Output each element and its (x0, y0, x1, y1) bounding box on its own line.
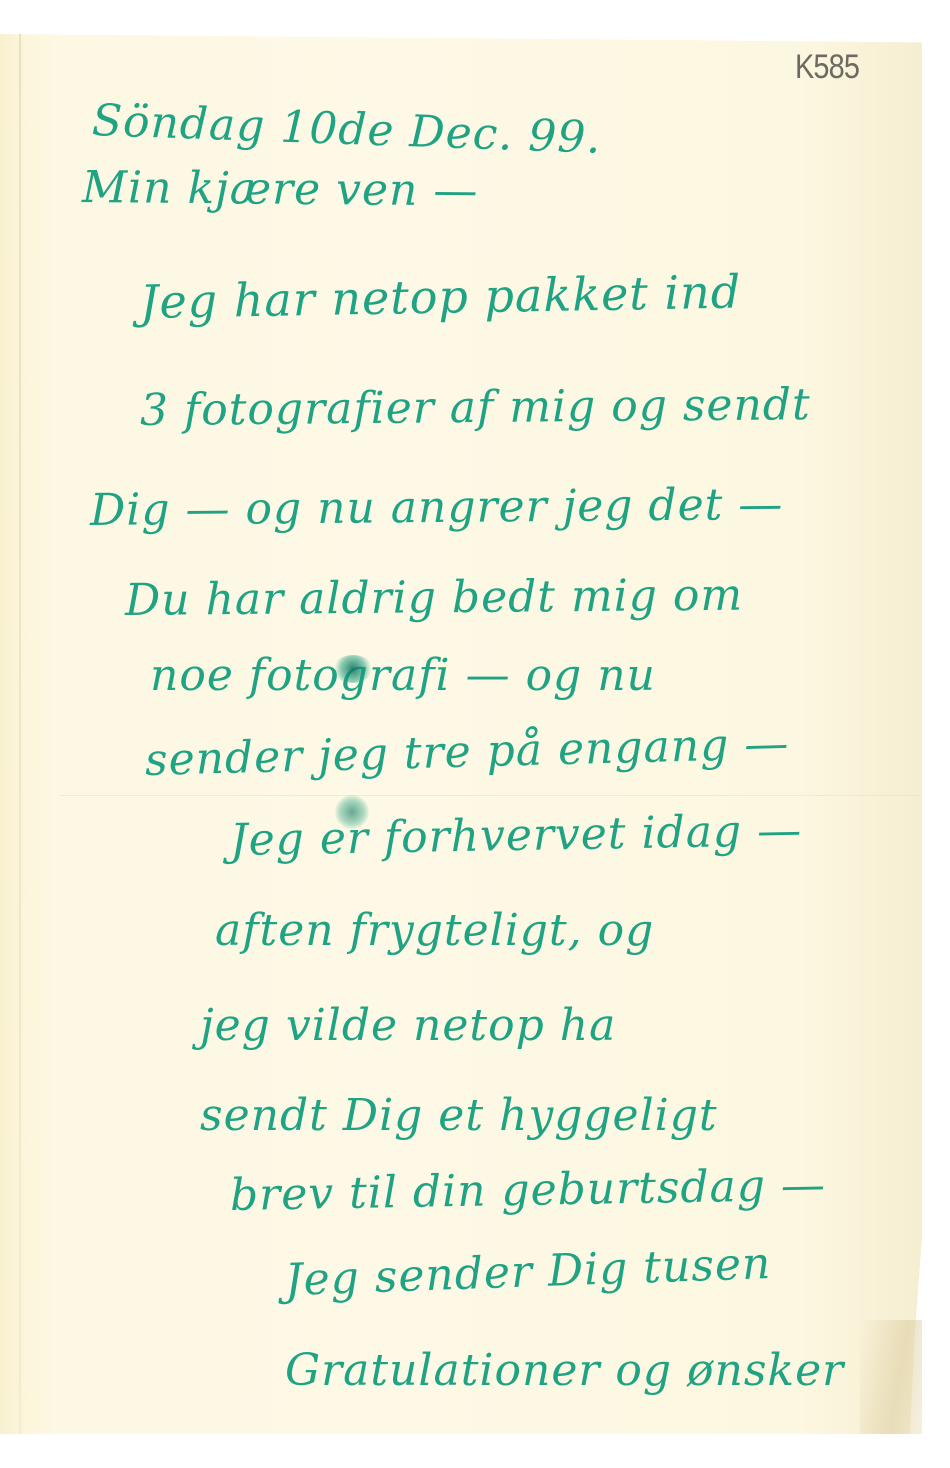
ink-blot (333, 655, 373, 683)
paper-crease (60, 795, 920, 796)
paper-fold-edge (19, 34, 21, 1434)
ink-blot (335, 795, 369, 829)
archive-mark: K585 (795, 48, 859, 87)
letter-line-body: noe fotografi — og nu (150, 650, 656, 701)
letter-line-body: sendt Dig et hyggeligt (200, 1090, 718, 1141)
letter-line-body: Jeg har netop pakket ind (140, 265, 742, 329)
letter-line-body: aften frygteligt, og (215, 905, 654, 956)
folded-corner (860, 1320, 922, 1434)
letter-line-body: Du har aldrig bedt mig om (125, 570, 744, 626)
letter-line-body: jeg vilde netop ha (200, 1000, 616, 1051)
letter-line-salutation: Min kjære ven — (82, 162, 479, 216)
letter-scan: K585 Söndag 10de Dec. 99. Min kjære ven … (0, 0, 950, 1468)
letter-line-body: Jeg er forhvervet idag — (230, 805, 803, 866)
letter-line-body: brev til din geburtsdag — (230, 1160, 827, 1221)
letter-line-body: Gratulationer og ønsker (285, 1345, 844, 1396)
letter-line-body: Dig — og nu angrer jeg det — (90, 479, 784, 536)
letter-line-body: 3 fotografier af mig og sendt (140, 379, 811, 436)
